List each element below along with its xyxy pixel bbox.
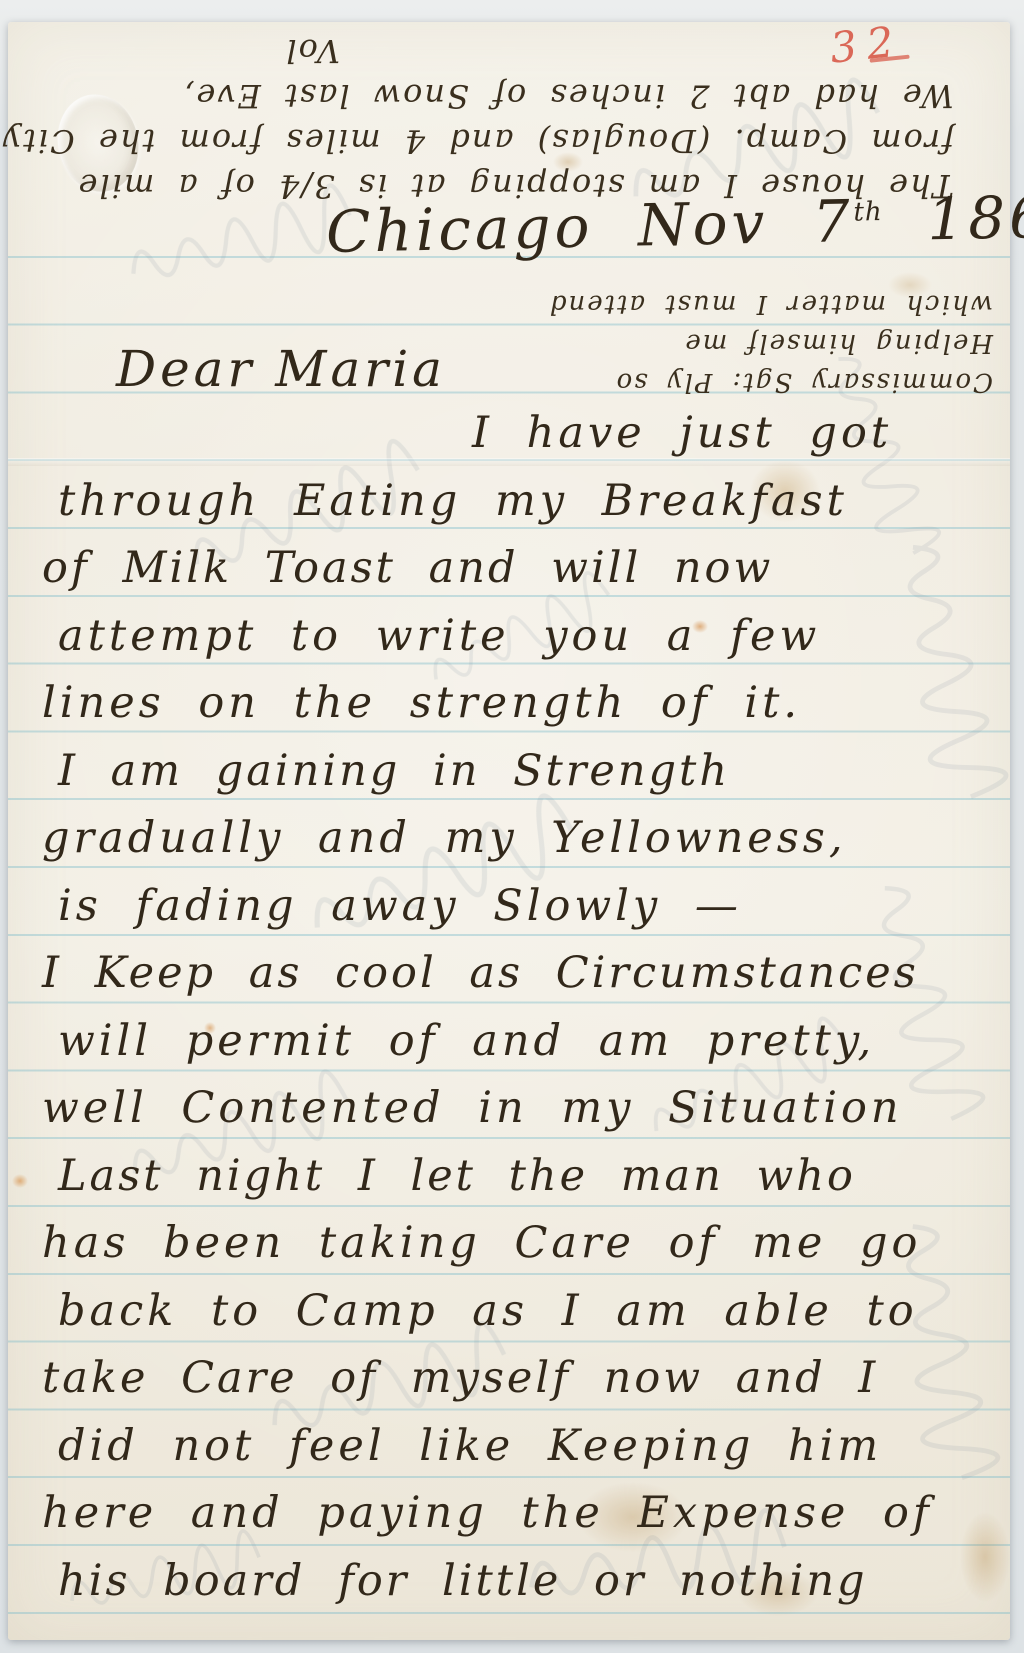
letter-line: I Keep as cool as Circumstances [42, 940, 984, 1008]
inverted-note-line: Vol [70, 28, 954, 73]
letter-line: Last night I let the man who [58, 1143, 984, 1211]
letter-line: I am gaining in Strength [58, 738, 984, 806]
letter-line: has been taking Care of me go [42, 1210, 984, 1278]
inverted-note-line: Helping himself me [418, 323, 993, 362]
letter-line: of Milk Toast and will now [42, 535, 984, 603]
letter-line: did not feel like Keeping him [58, 1413, 984, 1481]
dateline-place-day: Chicago Nov 7 [325, 187, 854, 266]
inverted-top-continuation-note: The house I am stopping at is 3/4 of a m… [70, 28, 954, 208]
inverted-note-line: from Camp. (Douglas) and 4 miles from th… [70, 118, 954, 163]
letter-body: I have just gotthrough Eating my Breakfa… [42, 400, 984, 1615]
salutation: Dear Maria [116, 340, 446, 398]
letter-page: 32 The house I am stopping at is 3/4 of … [8, 22, 1010, 1640]
letter-line: here and paying the Expense of [42, 1480, 984, 1548]
letter-line: lines on the strength of it. [42, 670, 984, 738]
letter-line: I have just got [42, 400, 984, 468]
letter-line: well Contented in my Situation [42, 1075, 984, 1143]
letter-line: his board for little or nothing [58, 1548, 984, 1616]
scan-background: 32 The house I am stopping at is 3/4 of … [0, 0, 1024, 1653]
letter-line: take Care of myself now and I [42, 1345, 984, 1413]
letter-line: gradually and my Yellowness, [42, 805, 984, 873]
inverted-note-line: Commissary Sgt: Ply so [418, 362, 993, 401]
letter-line: will permit of and am pretty, [58, 1008, 984, 1076]
letter-line: is fading away Slowly — [58, 873, 984, 941]
letter-line: through Eating my Breakfast [58, 468, 984, 536]
inverted-note-line: which matter I must attend [418, 284, 993, 323]
dateline-year: 1862 [927, 182, 1024, 253]
letter-line: attempt to write you a few [58, 603, 984, 671]
letter-line: back to Camp as I am able to [58, 1278, 984, 1346]
dateline-ordinal: th [853, 197, 883, 228]
inverted-note-line: We had abt 2 inches of Snow last Eve, [70, 73, 954, 118]
inverted-margin-note: Commissary Sgt: Ply soHelping himself me… [418, 284, 993, 401]
